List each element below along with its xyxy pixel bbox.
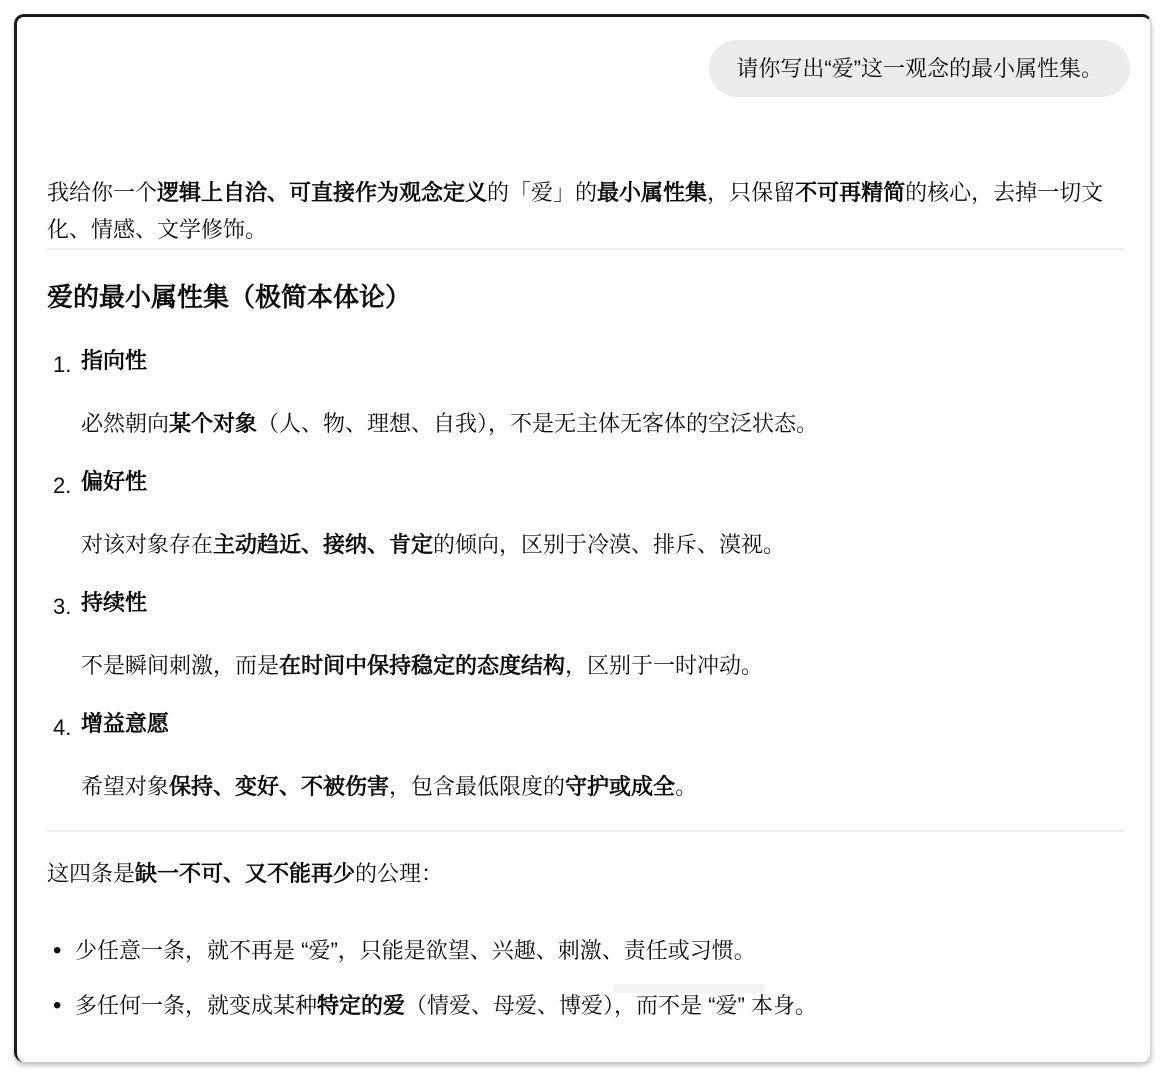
list-item-marker: 2. [53,467,71,504]
list-item-benefit-intent: 4. 增益意愿 希望对象保持、变好、不被伤害，包含最低限度的守护或成全。 [47,709,1124,802]
section-divider-top [47,248,1124,250]
list-item-description: 必然朝向某个对象（人、物、理想、自我），不是无主体无客体的空泛状态。 [81,409,1124,439]
axiom-paragraph: 这四条是缺一不可、又不能再少的公理： [47,859,1124,889]
list-item-description: 希望对象保持、变好、不被伤害，包含最低限度的守护或成全。 [81,772,1124,802]
bullet-item-fewer: 少任意一条，就不再是 “爱”，只能是欲望、兴趣、刺激、责任或习惯。 [47,936,1124,966]
list-item-title: 持续性 [81,588,1124,618]
user-message-row: 请你写出“爱”这一观念的最小属性集。 [31,40,1130,97]
list-item-marker: 1. [53,346,71,383]
assistant-response: 我给你一个逻辑上自洽、可直接作为观念定义的「爱」的最小属性集，只保留不可再精简的… [31,174,1130,1021]
section-divider-bottom [47,830,1124,832]
highlight-artifact [613,984,765,993]
list-item-persistence: 3. 持续性 不是瞬间刺激，而是在时间中保持稳定的态度结构，区别于一时冲动。 [47,588,1124,681]
list-item-description: 对该对象存在主动趋近、接纳、肯定的倾向，区别于冷漠、排斥、漠视。 [81,530,1124,560]
section-heading: 爱的最小属性集（极简本体论） [47,278,1124,316]
list-item-title: 指向性 [81,346,1124,376]
list-item-title: 增益意愿 [81,709,1124,739]
list-item-marker: 3. [53,588,71,625]
list-item-directionality: 1. 指向性 必然朝向某个对象（人、物、理想、自我），不是无主体无客体的空泛状态… [47,346,1124,439]
list-item-title: 偏好性 [81,467,1124,497]
list-item-marker: 4. [53,709,71,746]
user-message-text: 请你写出“爱”这一观念的最小属性集。 [736,56,1103,81]
list-item-preference: 2. 偏好性 对该对象存在主动趋近、接纳、肯定的倾向，区别于冷漠、排斥、漠视。 [47,467,1124,560]
attributes-list: 1. 指向性 必然朝向某个对象（人、物、理想、自我），不是无主体无客体的空泛状态… [47,346,1124,802]
user-message-bubble: 请你写出“爱”这一观念的最小属性集。 [709,40,1130,97]
list-item-description: 不是瞬间刺激，而是在时间中保持稳定的态度结构，区别于一时冲动。 [81,651,1124,681]
intro-paragraph: 我给你一个逻辑上自洽、可直接作为观念定义的「爱」的最小属性集，只保留不可再精简的… [47,174,1124,248]
bullet-item-more: 多任何一条，就变成某种特定的爱（情爱、母爱、博爱），而不是 “爱” 本身。 [47,991,1124,1021]
conversation-card: 请你写出“爱”这一观念的最小属性集。 我给你一个逻辑上自洽、可直接作为观念定义的… [14,14,1152,1062]
axiom-bullets-list: 少任意一条，就不再是 “爱”，只能是欲望、兴趣、刺激、责任或习惯。 多任何一条，… [47,936,1124,1021]
